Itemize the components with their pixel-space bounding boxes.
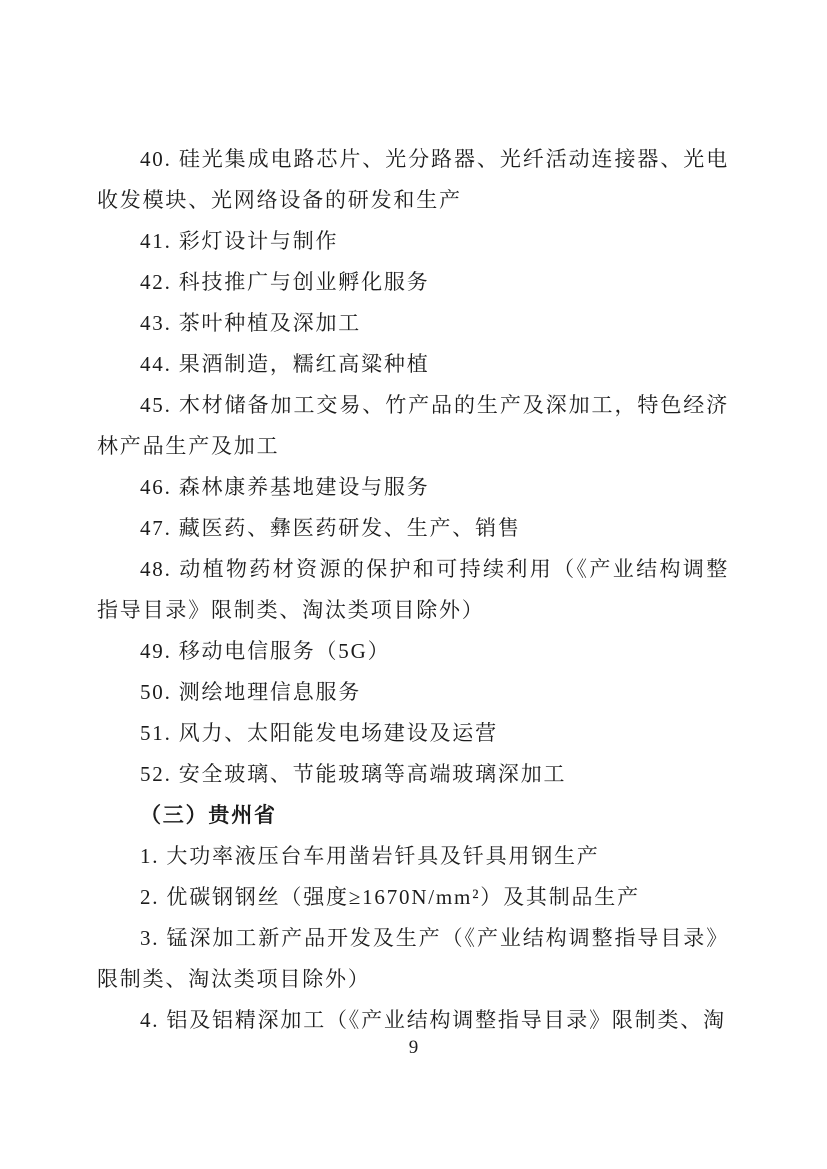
list-item-51: 51. 风力、太阳能发电场建设及运营 [97, 713, 729, 754]
list-item-43: 43. 茶叶种植及深加工 [97, 303, 729, 344]
list-item-50: 50. 测绘地理信息服务 [97, 672, 729, 713]
document-page: 40. 硅光集成电路芯片、光分路器、光纤活动连接器、光电收发模块、光网络设备的研… [0, 0, 827, 1169]
list-item-41: 41. 彩灯设计与制作 [97, 221, 729, 262]
list-item-gz-3: 3. 锰深加工新产品开发及生产（《产业结构调整指导目录》限制类、淘汰类项目除外） [97, 918, 729, 1000]
list-item-44: 44. 果酒制造，糯红高粱种植 [97, 344, 729, 385]
page-number: 9 [0, 1036, 827, 1060]
list-item-49: 49. 移动电信服务（5G） [97, 631, 729, 672]
list-item-48: 48. 动植物药材资源的保护和可持续利用（《产业结构调整指导目录》限制类、淘汰类… [97, 549, 729, 631]
list-item-gz-4: 4. 铝及铝精深加工（《产业结构调整指导目录》限制类、淘 [97, 1000, 729, 1041]
list-item-42: 42. 科技推广与创业孵化服务 [97, 262, 729, 303]
list-item-46: 46. 森林康养基地建设与服务 [97, 467, 729, 508]
list-item-45: 45. 木材储备加工交易、竹产品的生产及深加工，特色经济林产品生产及加工 [97, 385, 729, 467]
list-item-40: 40. 硅光集成电路芯片、光分路器、光纤活动连接器、光电收发模块、光网络设备的研… [97, 139, 729, 221]
list-item-52: 52. 安全玻璃、节能玻璃等高端玻璃深加工 [97, 754, 729, 795]
page-content: 40. 硅光集成电路芯片、光分路器、光纤活动连接器、光电收发模块、光网络设备的研… [97, 139, 729, 1041]
list-item-gz-1: 1. 大功率液压台车用凿岩钎具及钎具用钢生产 [97, 836, 729, 877]
list-item-gz-2: 2. 优碳钢钢丝（强度≥1670N/mm²）及其制品生产 [97, 877, 729, 918]
list-item-47: 47. 藏医药、彝医药研发、生产、销售 [97, 508, 729, 549]
section-heading-guizhou: （三）贵州省 [97, 795, 729, 836]
